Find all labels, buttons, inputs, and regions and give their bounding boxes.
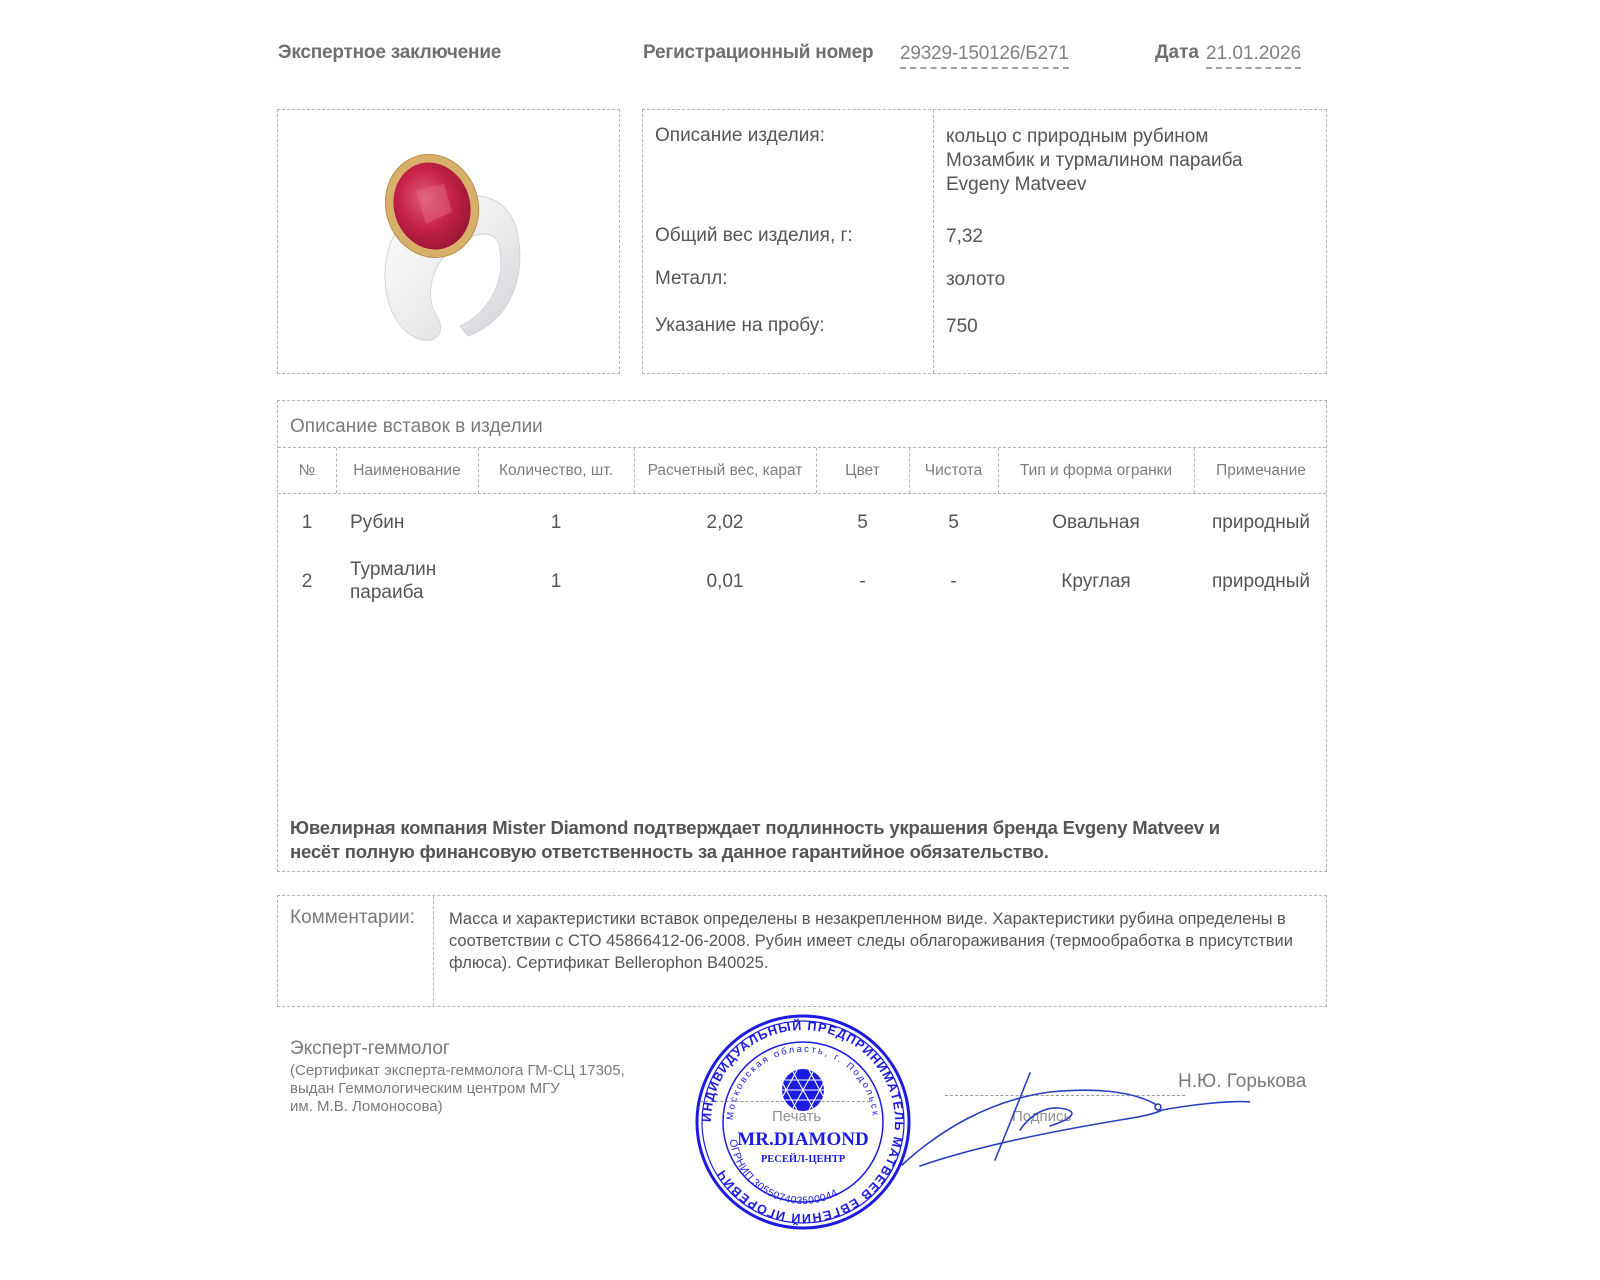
comments-label: Комментарии: — [290, 907, 415, 929]
column-header-note: Примечание — [1194, 448, 1328, 493]
column-header-cut: Тип и форма огранки — [998, 448, 1194, 493]
inserts-table-header: № Наименование Количество, шт. Расчетный… — [278, 447, 1326, 494]
column-header-name: Наименование — [336, 448, 478, 493]
cell-note: природный — [1194, 570, 1328, 593]
cell-name: Рубин — [350, 511, 404, 534]
comments-divider — [433, 896, 434, 1006]
column-header-no: № — [278, 448, 336, 493]
spec-hallmark-value: 750 — [946, 315, 978, 339]
cell-no: 2 — [278, 570, 336, 593]
credentials-line: выдан Геммологическим центром МГУ — [290, 1080, 670, 1098]
authenticity-guarantee: Ювелирная компания Mister Diamond подтве… — [290, 816, 1220, 864]
product-photo-frame — [277, 109, 620, 374]
inserts-panel: Описание вставок в изделии № Наименовани… — [277, 400, 1327, 872]
comments-panel: Комментарии: Масса и характеристики вста… — [277, 895, 1327, 1007]
spec-description-label: Описание изделия: — [655, 125, 825, 147]
cell-clarity: 5 — [909, 511, 998, 534]
date-value: 21.01.2026 — [1206, 43, 1301, 69]
spec-description-line: Evgeny Matveev — [946, 173, 1243, 197]
column-header-qty: Количество, шт. — [478, 448, 634, 493]
company-stamp-icon: ИНДИВИДУАЛЬНЫЙ ПРЕДПРИНИМАТЕЛЬ МАТВЕЕВ Е… — [693, 1012, 913, 1232]
spec-description-line: кольцо с природным рубином — [946, 125, 1243, 149]
date-label: Дата — [1155, 42, 1199, 64]
document-title: Экспертное заключение — [278, 42, 501, 64]
spec-description-line: Мозамбик и турмалином параиба — [946, 149, 1243, 173]
column-header-color: Цвет — [816, 448, 909, 493]
cell-clarity: - — [909, 570, 998, 593]
expert-title: Эксперт-геммолог — [290, 1038, 450, 1060]
svg-text:MR.DIAMOND: MR.DIAMOND — [737, 1129, 868, 1150]
column-header-clarity: Чистота — [909, 448, 998, 493]
cell-no: 1 — [278, 511, 336, 534]
spec-metal-value: золото — [946, 268, 1005, 292]
product-specs-panel: Описание изделия: кольцо с природным руб… — [642, 109, 1327, 374]
handwritten-signature-icon — [900, 1070, 1250, 1170]
cell-qty: 1 — [478, 511, 634, 534]
spec-metal-label: Металл: — [655, 268, 727, 290]
comments-text: Масса и характеристики вставок определен… — [449, 908, 1309, 974]
credentials-line: (Сертификат эксперта-геммолога ГМ-СЦ 173… — [290, 1062, 670, 1080]
registration-number-value: 29329-150126/Б271 — [900, 43, 1069, 69]
cell-name: Турмалин параиба — [350, 558, 436, 604]
specs-divider — [933, 110, 934, 373]
svg-text:РЕСЕЙЛ-ЦЕНТР: РЕСЕЙЛ-ЦЕНТР — [761, 1153, 846, 1165]
ring-photo-icon — [368, 140, 528, 350]
registration-number-label: Регистрационный номер — [643, 42, 873, 64]
column-header-weight: Расчетный вес, карат — [634, 448, 816, 493]
guarantee-line: несёт полную финансовую ответственность … — [290, 840, 1220, 864]
cell-weight: 2,02 — [634, 511, 816, 534]
cell-qty: 1 — [478, 570, 634, 593]
expert-credentials: (Сертификат эксперта-геммолога ГМ-СЦ 173… — [290, 1062, 670, 1116]
cell-name-line: параиба — [350, 581, 436, 604]
spec-weight-label: Общий вес изделия, г: — [655, 225, 853, 247]
cell-name-line: Турмалин — [350, 558, 436, 581]
cell-weight: 0,01 — [634, 570, 816, 593]
spec-weight-value: 7,32 — [946, 225, 983, 249]
inserts-title: Описание вставок в изделии — [290, 416, 543, 438]
cell-cut: Круглая — [998, 570, 1194, 593]
cell-color: - — [816, 570, 909, 593]
cell-color: 5 — [816, 511, 909, 534]
spec-description-value: кольцо с природным рубином Мозамбик и ту… — [946, 125, 1243, 197]
cell-note: природный — [1194, 511, 1328, 534]
cell-cut: Овальная — [998, 511, 1194, 534]
guarantee-line: Ювелирная компания Mister Diamond подтве… — [290, 816, 1220, 840]
spec-hallmark-label: Указание на пробу: — [655, 315, 825, 337]
credentials-line: им. М.В. Ломоносова) — [290, 1098, 670, 1116]
